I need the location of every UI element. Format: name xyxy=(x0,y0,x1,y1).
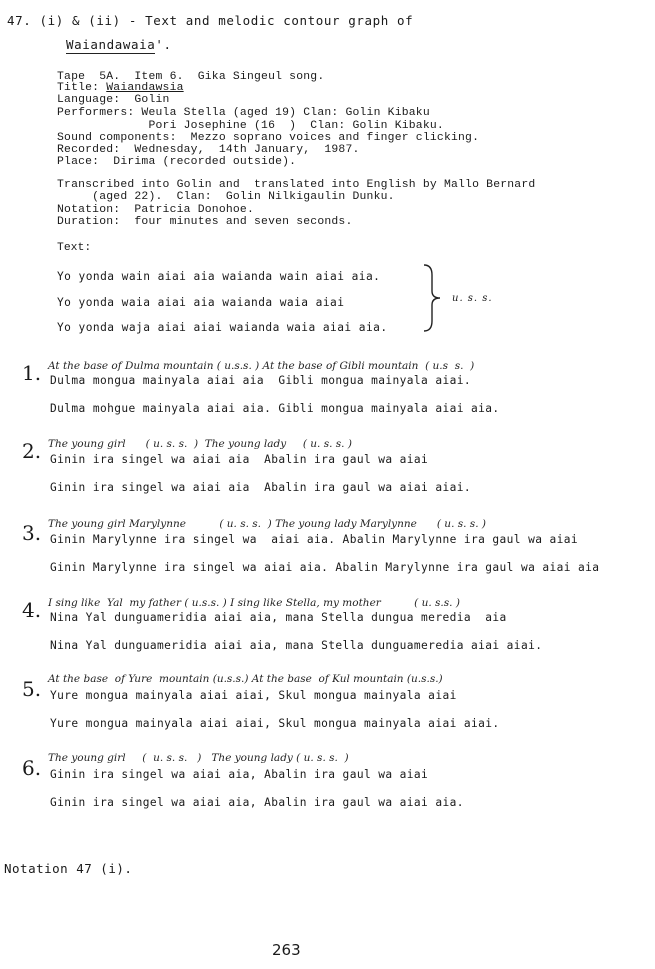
verse-1-line-2: Dulma mohgue mainyala aiai aia. Gibli mo… xyxy=(50,402,500,415)
verse-1-line-1: Dulma mongua mainyala aiai aia Gibli mon… xyxy=(50,374,471,387)
verse-number-6: 6. xyxy=(22,756,41,780)
verse-1-translation: At the base of Dulma mountain ( u.s.s. )… xyxy=(48,360,474,372)
title-label: Title: xyxy=(57,82,106,94)
verse-number-3: 3. xyxy=(22,521,41,545)
song-title-suffix: '. xyxy=(155,37,171,52)
section-heading: 47. (i) & (ii) - Text and melodic contou… xyxy=(7,13,413,28)
verse-2-line-1: Ginin ira singel wa aiai aia Abalin ira … xyxy=(50,453,428,466)
refrain-line-2: Yo yonda waia aiai aia waianda waia aiai xyxy=(57,296,344,309)
verse-6-translation: The young girl ( u. s. s. ) The young la… xyxy=(48,752,349,764)
verse-number-4: 4. xyxy=(22,598,41,622)
song-title-heading: Waiandawaia'. xyxy=(66,37,172,52)
title-value: Waiandawsia xyxy=(106,82,183,94)
verse-4-translation: I sing like Yal my father ( u.s.s. ) I s… xyxy=(48,597,460,609)
notation-credit: Notation: Patricia Donohoe. xyxy=(57,205,254,216)
verse-4-line-1: Nina Yal dunguameridia aiai aia, mana St… xyxy=(50,611,507,624)
verse-5-line-2: Yure mongua mainyala aiai aiai, Skul mon… xyxy=(50,717,500,730)
verse-6-line-1: Ginin ira singel wa aiai aia, Abalin ira… xyxy=(50,768,428,781)
bracket-note: u. s. s. xyxy=(452,293,493,304)
notation-footer: Notation 47 (i). xyxy=(4,861,132,876)
page-number: 263 xyxy=(272,941,301,959)
verse-3-line-2: Ginin Marylynne ira singel wa aiai aia. … xyxy=(50,561,599,574)
verse-5-translation: At the base of Yure mountain (u.s.s.) At… xyxy=(48,673,443,685)
song-title: Waiandawaia xyxy=(66,37,155,54)
transcribed-line-2: (aged 22). Clan: Golin Nilkigaulin Dunku… xyxy=(57,192,395,203)
duration-info: Duration: four minutes and seven seconds… xyxy=(57,217,353,228)
verse-6-line-2: Ginin ira singel wa aiai aia, Abalin ira… xyxy=(50,796,464,809)
transcribed-line-1: Transcribed into Golin and translated in… xyxy=(57,180,535,191)
verse-3-line-1: Ginin Marylynne ira singel wa aiai aia. … xyxy=(50,533,578,546)
refrain-line-1: Yo yonda wain aiai aia waianda wain aiai… xyxy=(57,270,380,283)
verse-4-line-2: Nina Yal dunguameridia aiai aia, mana St… xyxy=(50,639,542,652)
curly-brace-icon xyxy=(420,263,442,333)
verse-number-1: 1. xyxy=(22,361,41,385)
place-info: Place: Dirima (recorded outside). xyxy=(57,157,296,168)
verse-2-translation: The young girl ( u. s. s. ) The young la… xyxy=(48,438,352,450)
verse-5-line-1: Yure mongua mainyala aiai aiai, Skul mon… xyxy=(50,689,457,702)
verse-3-translation: The young girl Marylynne ( u. s. s. ) Th… xyxy=(48,518,486,530)
language-info: Language: Golin xyxy=(57,95,170,106)
verse-number-2: 2. xyxy=(22,439,41,463)
performers-line-2: Pori Josephine (16 ) Clan: Golin Kibaku. xyxy=(57,121,444,132)
title-info: Title: Waiandawsia xyxy=(57,83,184,94)
refrain-line-3: Yo yonda waja aiai aiai waianda waia aia… xyxy=(57,321,388,334)
verse-number-5: 5. xyxy=(22,677,41,701)
recorded-date: Recorded: Wednesday, 14th January, 1987. xyxy=(57,145,360,156)
sound-components: Sound components: Mezzo soprano voices a… xyxy=(57,133,479,144)
performers-line-1: Performers: Weula Stella (aged 19) Clan:… xyxy=(57,108,430,119)
text-label: Text: xyxy=(57,242,91,254)
verse-2-line-2: Ginin ira singel wa aiai aia Abalin ira … xyxy=(50,481,471,494)
